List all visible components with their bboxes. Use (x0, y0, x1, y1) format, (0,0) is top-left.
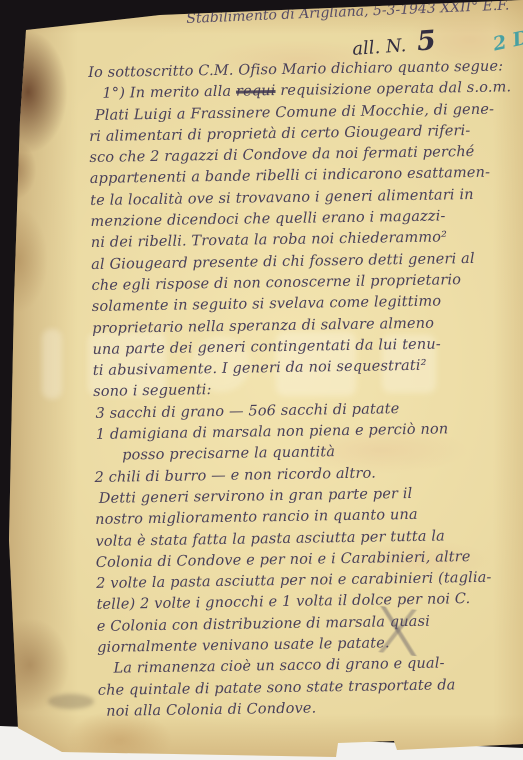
corner-annotation: 2 D (491, 26, 523, 55)
struck-word: requi (236, 83, 276, 100)
pencil-cross-mark (370, 605, 427, 656)
attachment-note: all. N. 5 (351, 25, 437, 62)
handwritten-body: Io sottoscritto C.M. Ofiso Mario dichiar… (88, 56, 523, 723)
attachment-number: 5 (416, 25, 437, 57)
ink-smudge (48, 694, 94, 709)
scanned-document: Stabilimento di Arigliana, 5-3-1943 XXII… (0, 0, 523, 760)
dateline: Stabilimento di Arigliana, 5-3-1943 XXII… (186, 0, 510, 27)
attachment-label: all. N. (352, 35, 407, 60)
watermark-glyph (42, 329, 62, 399)
paper-sheet: Stabilimento di Arigliana, 5-3-1943 XXII… (0, 0, 523, 760)
